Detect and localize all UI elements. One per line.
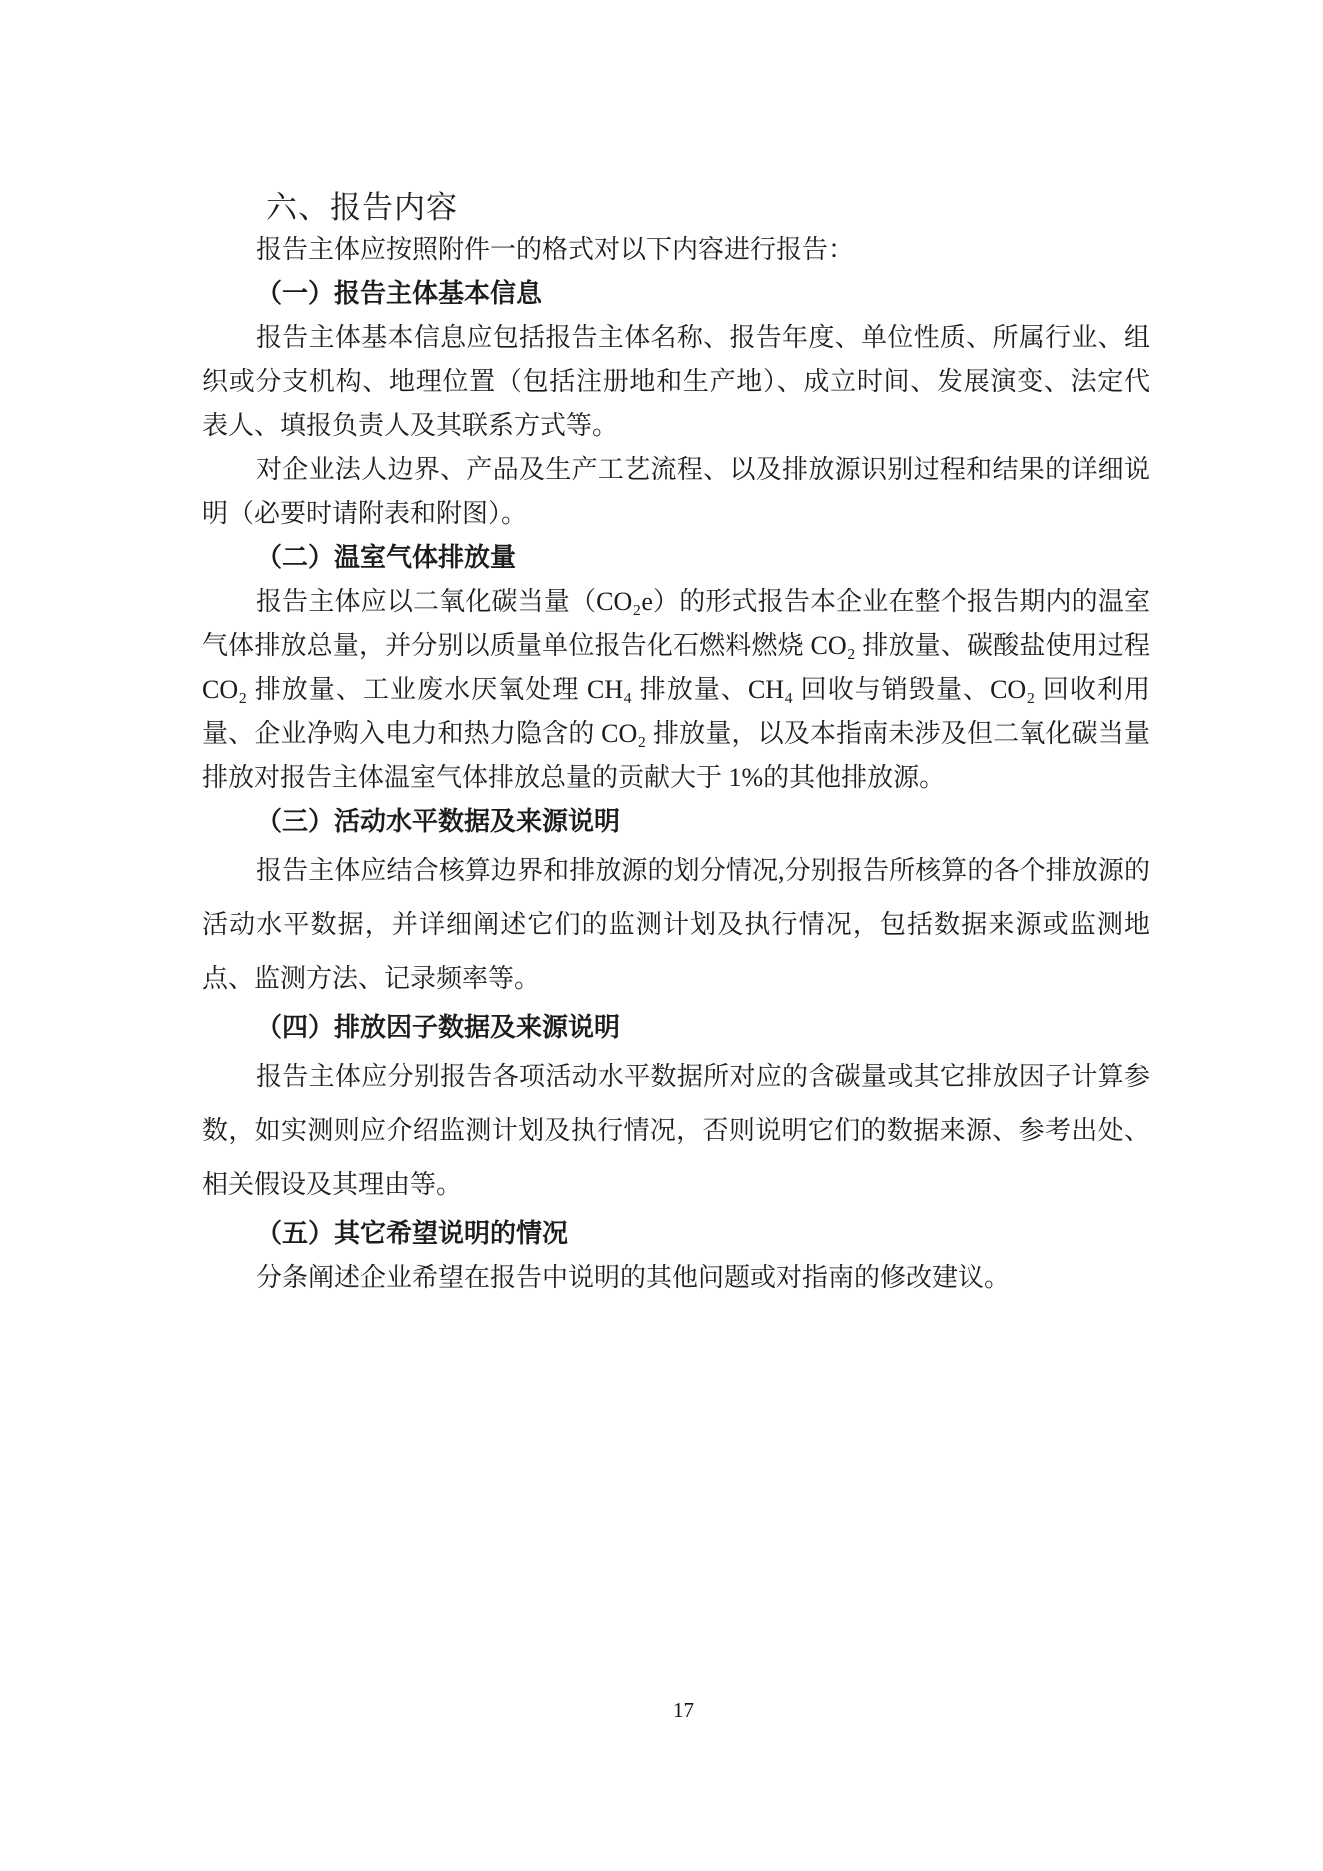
document-page: 六、报告内容 报告主体应按照附件一的格式对以下内容进行报告： （一）报告主体基本… [0,0,1323,1871]
section-1-paragraph-1: 报告主体基本信息应包括报告主体名称、报告年度、单位性质、所属行业、组织或分支机构… [202,316,1150,448]
section-5-heading: （五）其它希望说明的情况 [202,1212,1150,1256]
content-area: 六、报告内容 报告主体应按照附件一的格式对以下内容进行报告： （一）报告主体基本… [202,0,1150,1300]
page-title: 六、报告内容 [202,188,1150,228]
section-1-heading: （一）报告主体基本信息 [202,272,1150,316]
section-1-paragraph-2: 对企业法人边界、产品及生产工艺流程、以及排放源识别过程和结果的详细说明（必要时请… [202,448,1150,536]
section-3-paragraph-1: 报告主体应结合核算边界和排放源的划分情况,分别报告所核算的各个排放源的活动水平数… [202,844,1150,1006]
section-2-paragraph-1: 报告主体应以二氧化碳当量（CO₂e）的形式报告本企业在整个报告期内的温室气体排放… [202,580,1150,800]
section-3-heading: （三）活动水平数据及来源说明 [202,800,1150,844]
section-4-paragraph-1: 报告主体应分别报告各项活动水平数据所对应的含碳量或其它排放因子计算参数，如实测则… [202,1050,1150,1212]
intro-paragraph: 报告主体应按照附件一的格式对以下内容进行报告： [202,228,1150,272]
section-2-heading: （二）温室气体排放量 [202,536,1150,580]
page-number: 17 [0,1698,1323,1723]
section-4-heading: （四）排放因子数据及来源说明 [202,1006,1150,1050]
section-5-paragraph-1: 分条阐述企业希望在报告中说明的其他问题或对指南的修改建议。 [202,1256,1150,1300]
